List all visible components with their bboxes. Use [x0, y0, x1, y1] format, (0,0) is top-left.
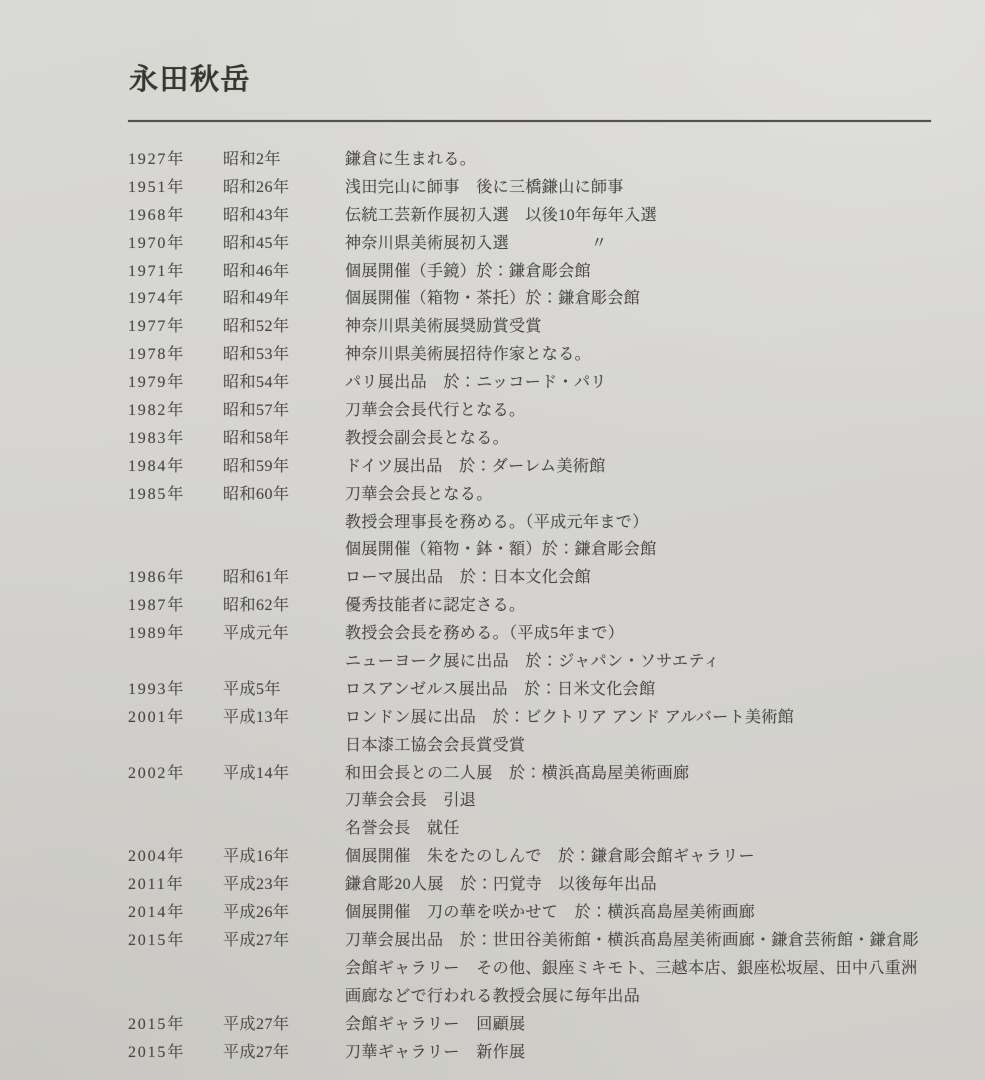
- year-cell: 2011年: [128, 871, 223, 899]
- year-cell: 1982年: [128, 397, 223, 425]
- event-cell: 個展開催（箱物・茶托）於：鎌倉彫会館: [345, 285, 958, 313]
- year-cell: 1986年: [128, 564, 223, 592]
- era-cell: [223, 787, 345, 815]
- chronology-row: 2001年 平成13年 ロンドン展に出品 於：ビクトリア アンド アルバート美術…: [128, 704, 958, 732]
- chronology-row: 1993年 平成5年 ロスアンゼルス展出品 於：日米文化会館: [128, 676, 958, 704]
- chronology-row: 1951年 昭和26年 浅田完山に師事 後に三橋鎌山に師事: [128, 174, 958, 202]
- year-cell: 2001年: [128, 704, 223, 732]
- chronology-row: 1985年 昭和60年 刀華会会長となる。: [128, 481, 958, 509]
- era-cell: 昭和62年: [223, 592, 345, 620]
- era-cell: 平成元年: [223, 620, 345, 648]
- era-cell: [223, 983, 345, 1011]
- event-cell: 日本漆工協会会長賞受賞: [345, 732, 958, 760]
- chronology-row: 2015年 平成27年 会館ギャラリー 回顧展: [128, 1011, 958, 1039]
- chronology-row: 2015年 平成27年 刀華ギャラリー 新作展: [128, 1039, 958, 1067]
- event-cell: 神奈川県美術展奨励賞受賞: [345, 313, 958, 341]
- era-cell: 昭和52年: [223, 313, 345, 341]
- chronology-row: 1968年 昭和43年 伝統工芸新作展初入選 以後10年毎年入選: [128, 202, 958, 230]
- chronology-row: 日本漆工協会会長賞受賞: [128, 732, 958, 760]
- year-cell: 1987年: [128, 592, 223, 620]
- era-cell: [223, 648, 345, 676]
- era-cell: 昭和53年: [223, 341, 345, 369]
- event-cell: 教授会会長を務める。（平成5年まで）: [345, 620, 958, 648]
- chronology-row: 1974年 昭和49年 個展開催（箱物・茶托）於：鎌倉彫会館: [128, 285, 958, 313]
- era-cell: 昭和54年: [223, 369, 345, 397]
- era-cell: [223, 509, 345, 537]
- event-cell: ニューヨーク展に出品 於：ジャパン・ソサエティ: [345, 648, 958, 676]
- page-title: 永田秋岳: [129, 57, 251, 98]
- era-cell: 昭和49年: [223, 285, 345, 313]
- event-cell: 個展開催 朱をたのしんで 於：鎌倉彫会館ギャラリー: [345, 843, 958, 871]
- era-cell: 平成23年: [223, 871, 345, 899]
- year-cell: [128, 955, 223, 983]
- year-cell: [128, 787, 223, 815]
- chronology-row: 2004年 平成16年 個展開催 朱をたのしんで 於：鎌倉彫会館ギャラリー: [128, 843, 958, 871]
- era-cell: 平成16年: [223, 843, 345, 871]
- event-cell: 刀華ギャラリー 新作展: [345, 1039, 958, 1067]
- chronology-row: 1927年 昭和2年 鎌倉に生まれる。: [128, 146, 958, 174]
- event-cell: 刀華会会長となる。: [345, 481, 958, 509]
- year-cell: 1979年: [128, 369, 223, 397]
- era-cell: [223, 536, 345, 564]
- event-cell: ドイツ展出品 於：ダーレム美術館: [345, 453, 958, 481]
- year-cell: 1977年: [128, 313, 223, 341]
- event-cell: 名誉会長 就任: [345, 815, 958, 843]
- year-cell: 2015年: [128, 1011, 223, 1039]
- event-cell: 優秀技能者に認定さる。: [345, 592, 958, 620]
- year-cell: 1989年: [128, 620, 223, 648]
- chronology-row: 1982年 昭和57年 刀華会会長代行となる。: [128, 397, 958, 425]
- year-cell: [128, 983, 223, 1011]
- era-cell: 平成27年: [223, 1039, 345, 1067]
- chronology-row: 2015年 平成27年 刀華会展出品 於：世田谷美術館・横浜髙島屋美術画廊・鎌倉…: [128, 927, 958, 955]
- chronology-row: 1983年 昭和58年 教授会副会長となる。: [128, 425, 958, 453]
- year-cell: [128, 815, 223, 843]
- chronology-row: 1971年 昭和46年 個展開催（手鏡）於：鎌倉彫会館: [128, 258, 958, 286]
- era-cell: 昭和58年: [223, 425, 345, 453]
- year-cell: 1927年: [128, 146, 223, 174]
- event-cell: パリ展出品 於：ニッコード・パリ: [345, 369, 958, 397]
- era-cell: 昭和59年: [223, 453, 345, 481]
- era-cell: 平成27年: [223, 927, 345, 955]
- era-cell: 昭和45年: [223, 230, 345, 258]
- chronology-row: ニューヨーク展に出品 於：ジャパン・ソサエティ: [128, 648, 958, 676]
- chronology-row: 1984年 昭和59年 ドイツ展出品 於：ダーレム美術館: [128, 453, 958, 481]
- chronology-row: 2014年 平成26年 個展開催 刀の華を咲かせて 於：横浜高島屋美術画廊: [128, 899, 958, 927]
- year-cell: 1984年: [128, 453, 223, 481]
- event-cell: 鎌倉彫20人展 於：円覚寺 以後毎年出品: [345, 871, 958, 899]
- year-cell: 1983年: [128, 425, 223, 453]
- chronology-row: 教授会理事長を務める。（平成元年まで）: [128, 509, 958, 537]
- event-cell: 刀華会会長代行となる。: [345, 397, 958, 425]
- event-cell: 会館ギャラリー その他、銀座ミキモト、三越本店、銀座松坂屋、田中八重洲: [345, 955, 958, 983]
- era-cell: 平成14年: [223, 760, 345, 788]
- chronology-row: 会館ギャラリー その他、銀座ミキモト、三越本店、銀座松坂屋、田中八重洲: [128, 955, 958, 983]
- chronology-table: 1927年 昭和2年 鎌倉に生まれる。 1951年 昭和26年 浅田完山に師事 …: [128, 146, 958, 1066]
- era-cell: [223, 815, 345, 843]
- chronology-row: 1986年 昭和61年 ローマ展出品 於：日本文化会館: [128, 564, 958, 592]
- chronology-row: 1977年 昭和52年 神奈川県美術展奨励賞受賞: [128, 313, 958, 341]
- event-cell: 鎌倉に生まれる。: [345, 146, 958, 174]
- year-cell: 1970年: [128, 230, 223, 258]
- chronology-row: 1987年 昭和62年 優秀技能者に認定さる。: [128, 592, 958, 620]
- chronology-row: 画廊などで行われる教授会展に毎年出品: [128, 983, 958, 1011]
- year-cell: 2015年: [128, 927, 223, 955]
- event-cell: 個展開催 刀の華を咲かせて 於：横浜高島屋美術画廊: [345, 899, 958, 927]
- event-cell: 和田会長との二人展 於：横浜髙島屋美術画廊: [345, 760, 958, 788]
- event-cell: 個展開催（箱物・鉢・額）於：鎌倉彫会館: [345, 536, 958, 564]
- chronology-row: 個展開催（箱物・鉢・額）於：鎌倉彫会館: [128, 536, 958, 564]
- event-cell: 会館ギャラリー 回顧展: [345, 1011, 958, 1039]
- year-cell: 1968年: [128, 202, 223, 230]
- chronology-row: 1978年 昭和53年 神奈川県美術展招待作家となる。: [128, 341, 958, 369]
- event-cell: 浅田完山に師事 後に三橋鎌山に師事: [345, 174, 958, 202]
- event-cell: 刀華会会長 引退: [345, 787, 958, 815]
- year-cell: 1993年: [128, 676, 223, 704]
- year-cell: [128, 509, 223, 537]
- year-cell: 1971年: [128, 258, 223, 286]
- event-cell: 教授会副会長となる。: [345, 425, 958, 453]
- event-cell: 神奈川県美術展招待作家となる。: [345, 341, 958, 369]
- era-cell: 昭和26年: [223, 174, 345, 202]
- year-cell: [128, 648, 223, 676]
- chronology-row: 1970年 昭和45年 神奈川県美術展初入選 〃: [128, 230, 958, 258]
- document-page: 永田秋岳 1927年 昭和2年 鎌倉に生まれる。 1951年 昭和26年 浅田完…: [0, 0, 985, 1080]
- year-cell: 1978年: [128, 341, 223, 369]
- year-cell: [128, 536, 223, 564]
- chronology-row: 2011年 平成23年 鎌倉彫20人展 於：円覚寺 以後毎年出品: [128, 871, 958, 899]
- year-cell: 2002年: [128, 760, 223, 788]
- event-cell: ローマ展出品 於：日本文化会館: [345, 564, 958, 592]
- event-cell: ロスアンゼルス展出品 於：日米文化会館: [345, 676, 958, 704]
- year-cell: 2015年: [128, 1039, 223, 1067]
- year-cell: 1951年: [128, 174, 223, 202]
- era-cell: 昭和61年: [223, 564, 345, 592]
- chronology-row: 2002年 平成14年 和田会長との二人展 於：横浜髙島屋美術画廊: [128, 760, 958, 788]
- era-cell: 平成5年: [223, 676, 345, 704]
- event-cell: 伝統工芸新作展初入選 以後10年毎年入選: [345, 202, 958, 230]
- event-cell: ロンドン展に出品 於：ビクトリア アンド アルバート美術館: [345, 704, 958, 732]
- year-cell: 2014年: [128, 899, 223, 927]
- year-cell: 2004年: [128, 843, 223, 871]
- era-cell: 平成13年: [223, 704, 345, 732]
- year-cell: 1974年: [128, 285, 223, 313]
- year-cell: 1985年: [128, 481, 223, 509]
- event-cell: 個展開催（手鏡）於：鎌倉彫会館: [345, 258, 958, 286]
- era-cell: 昭和60年: [223, 481, 345, 509]
- era-cell: 平成27年: [223, 1011, 345, 1039]
- title-divider: [128, 120, 931, 122]
- era-cell: 昭和2年: [223, 146, 345, 174]
- era-cell: 昭和46年: [223, 258, 345, 286]
- event-cell: 教授会理事長を務める。（平成元年まで）: [345, 509, 958, 537]
- era-cell: [223, 955, 345, 983]
- event-cell: 刀華会展出品 於：世田谷美術館・横浜髙島屋美術画廊・鎌倉芸術館・鎌倉彫: [345, 927, 958, 955]
- event-cell: 神奈川県美術展初入選 〃: [345, 230, 958, 258]
- chronology-row: 名誉会長 就任: [128, 815, 958, 843]
- chronology-row: 1989年 平成元年 教授会会長を務める。（平成5年まで）: [128, 620, 958, 648]
- year-cell: [128, 732, 223, 760]
- chronology-row: 刀華会会長 引退: [128, 787, 958, 815]
- chronology-row: 1979年 昭和54年 パリ展出品 於：ニッコード・パリ: [128, 369, 958, 397]
- event-cell: 画廊などで行われる教授会展に毎年出品: [345, 983, 958, 1011]
- era-cell: 平成26年: [223, 899, 345, 927]
- era-cell: [223, 732, 345, 760]
- era-cell: 昭和57年: [223, 397, 345, 425]
- era-cell: 昭和43年: [223, 202, 345, 230]
